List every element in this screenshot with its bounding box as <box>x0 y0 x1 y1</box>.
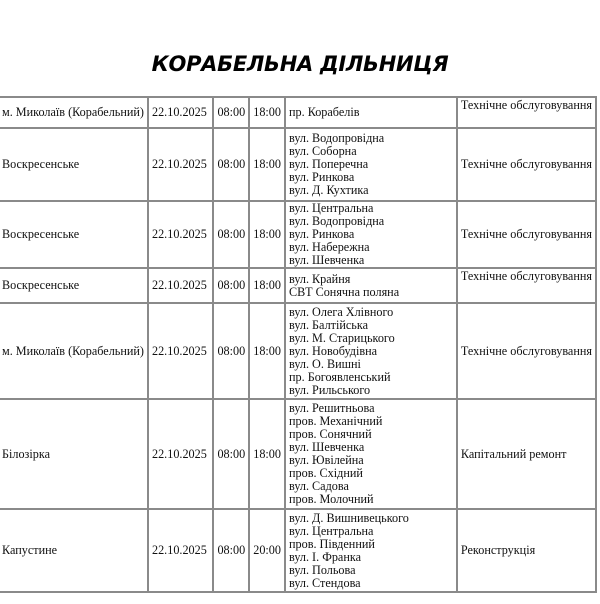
street-name: вул. М. Старицького <box>289 332 453 345</box>
table-row: Воскресенське 22.10.2025 08:00 18:00 вул… <box>0 128 596 201</box>
street-name: пр. Богоявленський <box>289 371 453 384</box>
location-cell: Воскресенське <box>0 128 148 201</box>
date-cell: 22.10.2025 <box>148 201 213 268</box>
schedule-body: м. Миколаїв (Корабельний) 22.10.2025 08:… <box>0 97 596 592</box>
work-type-cell: Капітальний ремонт <box>457 399 596 509</box>
work-type-cell: Технічне обслуговування <box>457 128 596 201</box>
street-name: вул. Рильського <box>289 384 453 397</box>
streets-cell: вул. Д. Вишнивецькоговул. Центральнапров… <box>285 509 457 592</box>
street-name: вул. Стендова <box>289 577 453 590</box>
start-time-cell: 08:00 <box>213 303 249 399</box>
work-type-cell: Технічне обслуговування <box>457 303 596 399</box>
street-name: вул. Крайня <box>289 273 453 286</box>
streets-cell: вул. КрайняСВТ Сонячна поляна <box>285 268 457 303</box>
date-cell: 22.10.2025 <box>148 399 213 509</box>
date-cell: 22.10.2025 <box>148 97 213 128</box>
table-row: Воскресенське 22.10.2025 08:00 18:00 вул… <box>0 268 596 303</box>
start-time-cell: 08:00 <box>213 509 249 592</box>
street-name: вул. О. Вишні <box>289 358 453 371</box>
table-row: Капустине 22.10.2025 08:00 20:00 вул. Д.… <box>0 509 596 592</box>
start-time-cell: 08:00 <box>213 268 249 303</box>
streets-cell: вул. Центральнавул. Водопровіднавул. Рин… <box>285 201 457 268</box>
date-cell: 22.10.2025 <box>148 303 213 399</box>
location-cell: Капустине <box>0 509 148 592</box>
streets-cell: вул. Олега Хлівноговул. Балтійськавул. М… <box>285 303 457 399</box>
end-time-cell: 18:00 <box>249 399 285 509</box>
table-row: Білозірка 22.10.2025 08:00 18:00 вул. Ре… <box>0 399 596 509</box>
location-cell: м. Миколаїв (Корабельний) <box>0 303 148 399</box>
streets-cell: вул. Водопровіднавул. Соборнавул. Попере… <box>285 128 457 201</box>
end-time-cell: 18:00 <box>249 97 285 128</box>
streets-cell: пр. Корабелів <box>285 97 457 128</box>
street-name: пров. Молочний <box>289 493 453 506</box>
start-time-cell: 08:00 <box>213 399 249 509</box>
start-time-cell: 08:00 <box>213 128 249 201</box>
location-cell: Білозірка <box>0 399 148 509</box>
table-row: Воскресенське 22.10.2025 08:00 18:00 вул… <box>0 201 596 268</box>
street-name: СВТ Сонячна поляна <box>289 286 453 299</box>
location-cell: м. Миколаїв (Корабельний) <box>0 97 148 128</box>
end-time-cell: 18:00 <box>249 268 285 303</box>
date-cell: 22.10.2025 <box>148 268 213 303</box>
street-name: вул. Шевченка <box>289 254 453 267</box>
table-row: м. Миколаїв (Корабельний) 22.10.2025 08:… <box>0 97 596 128</box>
start-time-cell: 08:00 <box>213 201 249 268</box>
street-name: вул. Д. Вишнивецького <box>289 512 453 525</box>
work-type-cell: Технічне обслуговування <box>457 201 596 268</box>
table-row: м. Миколаїв (Корабельний) 22.10.2025 08:… <box>0 303 596 399</box>
street-name: вул. Балтійська <box>289 319 453 332</box>
end-time-cell: 18:00 <box>249 201 285 268</box>
work-type-cell: Технічне обслуговування <box>457 268 596 303</box>
date-cell: 22.10.2025 <box>148 128 213 201</box>
location-cell: Воскресенське <box>0 201 148 268</box>
street-name: вул. І. Франка <box>289 551 453 564</box>
work-type-cell: Технічне обслуговування <box>457 97 596 128</box>
street-name: пр. Корабелів <box>289 106 453 119</box>
street-name: вул. Польова <box>289 564 453 577</box>
streets-cell: вул. Решитньовапров. Механічнийпров. Сон… <box>285 399 457 509</box>
end-time-cell: 18:00 <box>249 128 285 201</box>
street-name: пров. Південний <box>289 538 453 551</box>
date-cell: 22.10.2025 <box>148 509 213 592</box>
end-time-cell: 18:00 <box>249 303 285 399</box>
start-time-cell: 08:00 <box>213 97 249 128</box>
street-name: вул. Центральна <box>289 525 453 538</box>
street-name: вул. Новобудівна <box>289 345 453 358</box>
street-name: вул. Олега Хлівного <box>289 306 453 319</box>
location-cell: Воскресенське <box>0 268 148 303</box>
end-time-cell: 20:00 <box>249 509 285 592</box>
page-title: КОРАБЕЛЬНА ДІЛЬНИЦЯ <box>0 52 600 76</box>
work-type-cell: Реконструкція <box>457 509 596 592</box>
outage-schedule-table: м. Миколаїв (Корабельний) 22.10.2025 08:… <box>0 96 597 593</box>
street-name: вул. Д. Кухтика <box>289 184 453 197</box>
